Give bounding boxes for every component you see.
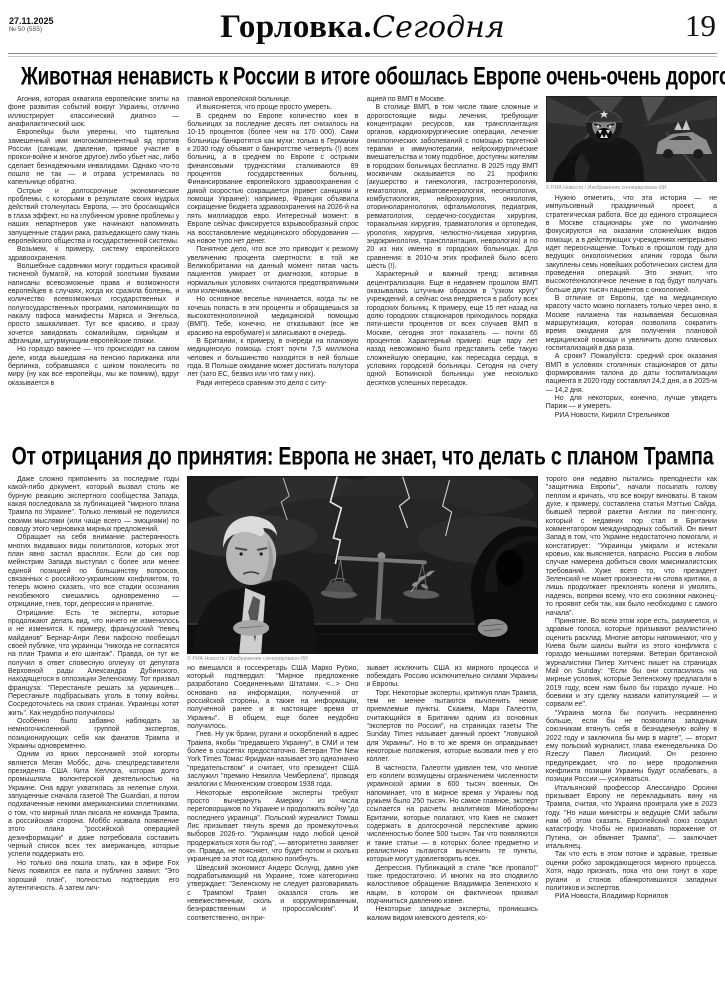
issue-date: 27.11.2025: [9, 16, 54, 26]
body-paragraph: Отрицание. Есть те эксперты, которые про…: [8, 610, 179, 718]
article1-illustration: © РИА Новости / Изображение сгенерирован…: [546, 96, 717, 192]
body-paragraph: Гнев. Ну уж брани, ругани и оскорблений …: [187, 731, 358, 789]
body-paragraph: Шведский экономист Андерс Ослунд, давно …: [187, 865, 358, 923]
article-trump-plan: От отрицания до принятия: Европа не знае…: [8, 444, 717, 998]
body-paragraph: Но только она пошла спать, как в эфире F…: [8, 860, 179, 893]
body-paragraph: И выясняется, что проще просто умереть.: [187, 104, 358, 112]
body-paragraph: Но для некоторых, конечно, лучше увидеть…: [546, 395, 717, 412]
body-paragraph: Ради интереса сравним это дело с ситу-: [187, 380, 358, 388]
article2-image-caption: © РИА Новости / Изображение сгенерирован…: [187, 656, 538, 662]
article1-image-caption: © РИА Новости / Изображение сгенерирован…: [546, 184, 717, 192]
body-paragraph: Агония, которая охватила европейские эли…: [8, 96, 179, 129]
body-paragraph: В отличие от Европы, где на медицинскую …: [546, 295, 717, 353]
article1-column-4-text: Нужно отметить, что эта история — не имп…: [546, 195, 717, 437]
masthead-main: Горловка.: [220, 9, 372, 45]
body-paragraph: Обращает на себя внимание растерянность …: [8, 534, 179, 609]
body-paragraph: но вмешался и госсекретарь США Марко Руб…: [187, 665, 358, 732]
page-header: 27.11.2025 № 50 (555) Горловка.Сегодня 1…: [8, 5, 717, 51]
article1-column-3: ацией по ВМП в Москве.В столице ВМП, в т…: [367, 96, 538, 437]
body-paragraph: ацией по ВМП в Москве.: [367, 96, 538, 104]
body-paragraph: Особенно было забавно наблюдать за немно…: [8, 718, 179, 751]
body-paragraph: Нужно отметить, что эта история — не имп…: [546, 195, 717, 295]
body-paragraph: А сроки? Пожалуйста: средний срок оказан…: [546, 353, 717, 395]
issue-info: 27.11.2025 № 50 (555): [9, 16, 54, 34]
body-paragraph: В среднем по Европе количество коек в бо…: [187, 113, 358, 247]
body-paragraph: Характерный и важный тренд: активная дец…: [367, 271, 538, 388]
body-paragraph: Депрессия. Публикаций в стиле "все пропа…: [367, 865, 538, 907]
body-paragraph: Острые и долгосрочные экономические проб…: [8, 188, 179, 246]
body-paragraph: Но основное веселье начинается, когда ты…: [187, 296, 358, 338]
article2-column-2: но вмешался и госсекретарь США Марко Руб…: [187, 665, 358, 991]
body-paragraph: Торг. Некоторые эксперты, критикуя план …: [367, 690, 538, 765]
body-paragraph: В частности, Галеотти удивлен тем, что м…: [367, 765, 538, 865]
body-paragraph: РИА Новости, Кирилл Стрельников: [546, 412, 717, 420]
article2-column-4: торого они недавно пытались преподнести …: [546, 476, 717, 998]
article1-column-4: © РИА Новости / Изображение сгенерирован…: [546, 96, 717, 437]
body-paragraph: торого они недавно пытались преподнести …: [546, 476, 717, 618]
trump-scales-image: [187, 476, 538, 654]
article2-column-3: зывает исключить США из мирного процесса…: [367, 665, 538, 991]
body-paragraph: Но гораздо важнее — что происходит на са…: [8, 346, 179, 388]
page-number: 19: [685, 8, 716, 44]
body-paragraph: Одним из ярких персонажей этой когорты я…: [8, 751, 179, 859]
article2-columns: Даже сложно припомнить за последние годы…: [8, 476, 717, 998]
masthead-accent: Сегодня: [372, 10, 505, 45]
body-paragraph: Европейцы были уверены, что тщательно за…: [8, 129, 179, 187]
body-paragraph: "Украина могла бы получить несравненно б…: [546, 710, 717, 785]
article2-center-block: © РИА Новости / Изображение сгенерирован…: [187, 476, 538, 998]
article2-column-1: Даже сложно припомнить за последние годы…: [8, 476, 179, 998]
body-paragraph: Некоторые европейские эксперты требуют п…: [187, 790, 358, 865]
body-paragraph: Даже сложно припомнить за последние годы…: [8, 476, 179, 534]
body-paragraph: Возьмем, к примеру, систему европейского…: [8, 246, 179, 263]
article1-column-1: Агония, которая охватила европейские эли…: [8, 96, 179, 437]
article-europe-health: Животная ненависть к России в итоге обош…: [8, 64, 717, 437]
body-paragraph: Принятие. Во всем этом хоре есть, разуме…: [546, 618, 717, 710]
body-paragraph: В Британии, к примеру, в очереди на план…: [187, 338, 358, 380]
angry-ape-image: [546, 96, 717, 182]
body-paragraph: Итальянский профессор Алессандро Орсини …: [546, 785, 717, 852]
body-paragraph: Некоторые западные эксперты, проникшись …: [367, 906, 538, 923]
article2-center-columns: но вмешался и госсекретарь США Марко Руб…: [187, 665, 538, 991]
body-paragraph: главной европейской больнице.: [187, 96, 358, 104]
body-paragraph: зывает исключить США из мирного процесса…: [367, 665, 538, 690]
header-rule: [8, 53, 717, 57]
body-paragraph: Так что есть в этом потоке и здравые, тр…: [546, 851, 717, 893]
article2-headline: От отрицания до принятия: Европа не знае…: [8, 444, 717, 471]
article1-headline: Животная ненависть к России в итоге обош…: [8, 64, 717, 91]
body-paragraph: РИА Новости, Владимир Корнилов: [546, 893, 717, 901]
issue-number: № 50 (555): [9, 26, 54, 33]
masthead: Горловка.Сегодня: [8, 5, 717, 46]
newspaper-page: 27.11.2025 № 50 (555) Горловка.Сегодня 1…: [0, 0, 725, 1000]
article2-illustration: © РИА Новости / Изображение сгенерирован…: [187, 476, 538, 662]
body-paragraph: Понятное дело, что все это приводит к ре…: [187, 246, 358, 296]
article1-columns: Агония, которая охватила европейские эли…: [8, 96, 717, 437]
body-paragraph: В столице ВМП, в том числе такие сложные…: [367, 104, 538, 271]
article1-column-2: главной европейской больнице.И выясняетс…: [187, 96, 358, 437]
body-paragraph: Волшебные садовники могут гордиться крас…: [8, 263, 179, 346]
